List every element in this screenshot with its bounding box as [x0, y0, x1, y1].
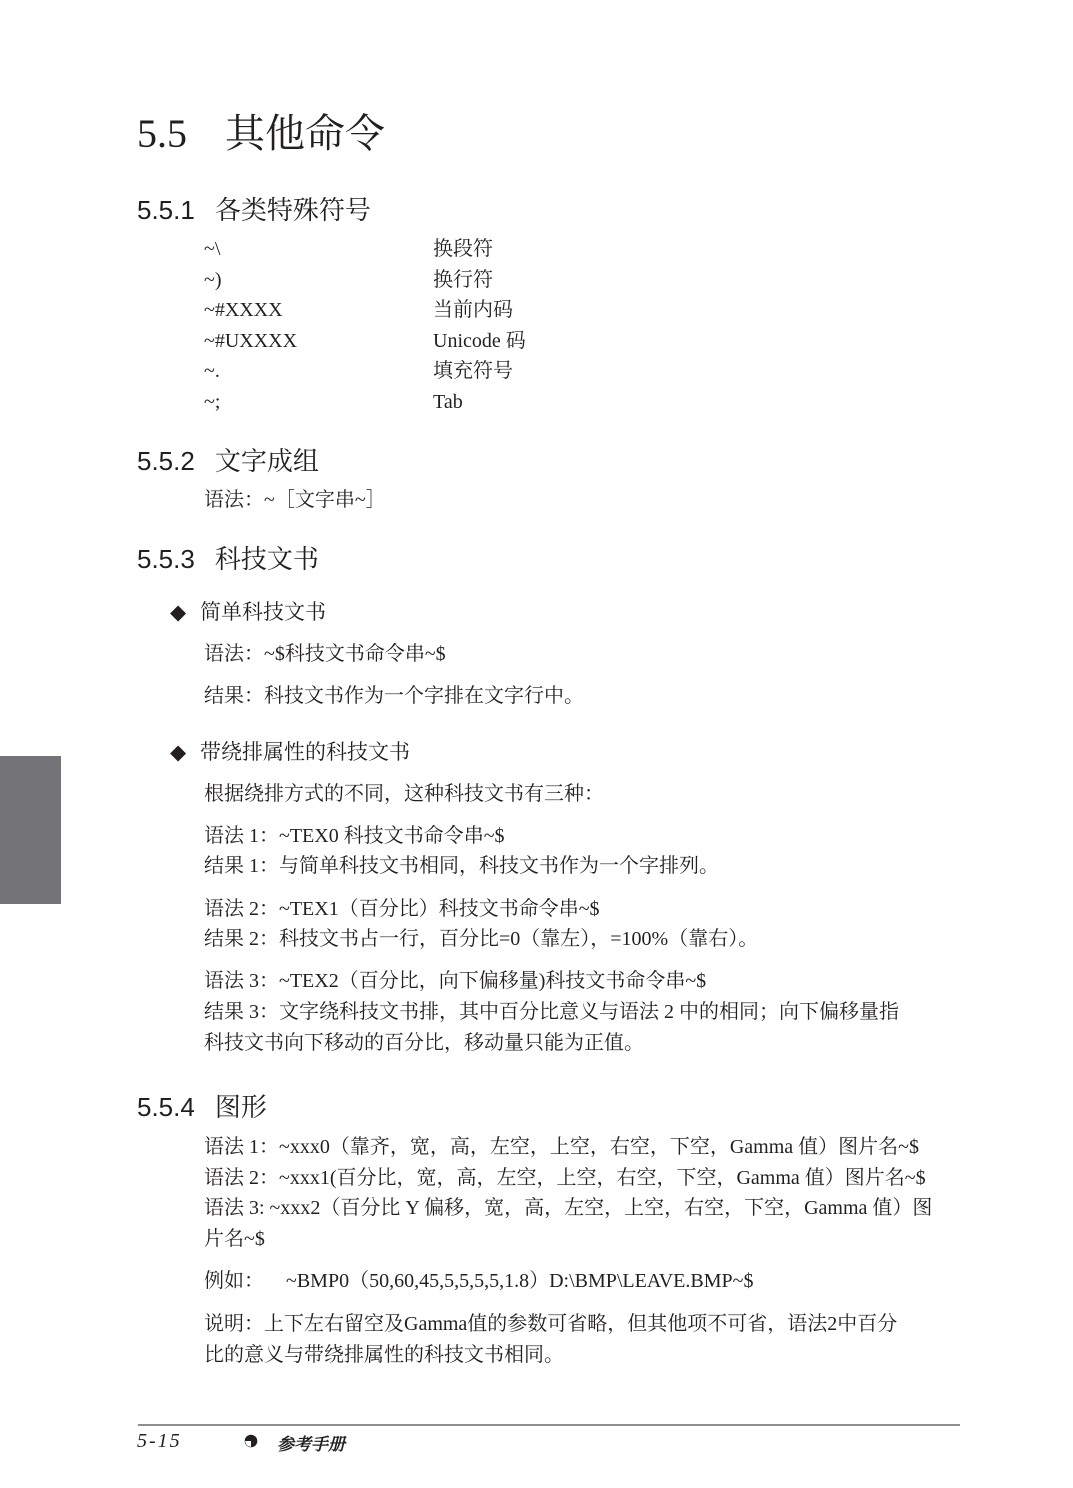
subsection-5-5-3-heading: 5.5.3科技文书 — [137, 543, 319, 576]
graphic-note-line2: 比的意义与带绕排属性的科技文书相同。 — [204, 1340, 564, 1370]
wrap-result-1: 结果 1：与简单科技文书相同，科技文书作为一个字排列。 — [204, 851, 719, 881]
heading-text: 简单科技文书 — [200, 600, 326, 624]
symbol-meaning: Unicode 码 — [433, 326, 526, 356]
symbol-code: ~; — [204, 387, 220, 417]
diamond-bullet-icon: ◆ — [170, 738, 190, 766]
subsection-title: 各类特殊符号 — [215, 196, 371, 226]
page-number: 5-15 — [137, 1430, 182, 1453]
grouping-syntax: 语法：~［文字串~］ — [204, 485, 386, 515]
wrap-intro: 根据绕排方式的不同，这种科技文书有三种： — [204, 779, 604, 809]
half-circle-icon — [244, 1434, 258, 1448]
subsection-5-5-2-heading: 5.5.2文字成组 — [137, 445, 319, 478]
symbol-row: ~) 换行符 — [204, 265, 804, 296]
symbol-meaning: 换段符 — [433, 234, 493, 264]
subsection-title: 文字成组 — [215, 447, 319, 477]
symbol-row: ~. 填充符号 — [204, 356, 804, 387]
wrap-tech-doc-heading: ◆带绕排属性的科技文书 — [170, 738, 410, 766]
wrap-result-3-line1: 结果 3：文字绕科技文书排，其中百分比意义与语法 2 中的相同；向下偏移量指 — [204, 997, 899, 1027]
section-number: 5.5 — [137, 111, 187, 156]
subsection-5-5-4-heading: 5.5.4图形 — [137, 1091, 267, 1124]
example-label: 例如： — [204, 1270, 264, 1292]
subsection-number: 5.5.3 — [137, 544, 195, 574]
symbol-meaning: 换行符 — [433, 265, 493, 295]
subsection-title: 科技文书 — [215, 545, 319, 575]
subsection-title: 图形 — [215, 1093, 267, 1123]
symbol-code: ~#UXXXX — [204, 326, 297, 356]
graphic-note-line1: 说明：上下左右留空及Gamma值的参数可省略，但其他项不可省，语法2中百分 — [204, 1309, 897, 1339]
subsection-number: 5.5.2 — [137, 446, 195, 476]
wrap-result-3-line2: 科技文书向下移动的百分比，移动量只能为正值。 — [204, 1028, 644, 1058]
symbol-code: ~\ — [204, 234, 220, 264]
wrap-syntax-1: 语法 1：~TEX0 科技文书命令串~$ — [204, 821, 505, 851]
graphic-syntax-1: 语法 1：~xxx0（靠齐，宽，高，左空，上空，右空，下空，Gamma 值）图片… — [204, 1132, 919, 1162]
wrap-result-2: 结果 2：科技文书占一行，百分比=0（靠左），=100%（靠右）。 — [204, 924, 758, 954]
simple-syntax: 语法：~$科技文书命令串~$ — [204, 639, 446, 669]
symbol-meaning: Tab — [433, 387, 463, 417]
symbol-code: ~. — [204, 356, 220, 386]
wrap-syntax-2: 语法 2：~TEX1（百分比）科技文书命令串~$ — [204, 894, 600, 924]
diamond-bullet-icon: ◆ — [170, 598, 190, 626]
symbol-code: ~#XXXX — [204, 295, 283, 325]
section-title-text: 其他命令 — [225, 111, 385, 157]
footer-rule — [138, 1424, 960, 1426]
example-code: ~BMP0（50,60,45,5,5,5,5,1.8）D:\BMP\LEAVE.… — [286, 1270, 753, 1292]
graphic-syntax-3-line2: 片名~$ — [204, 1224, 265, 1254]
symbol-row: ~#XXXX 当前内码 — [204, 295, 804, 326]
section-title: 5.5其他命令 — [137, 110, 385, 158]
subsection-number: 5.5.1 — [137, 195, 195, 225]
manual-title: 参考手册 — [277, 1430, 345, 1455]
heading-text: 带绕排属性的科技文书 — [200, 740, 410, 764]
graphic-example: 例如：~BMP0（50,60,45,5,5,5,5,1.8）D:\BMP\LEA… — [204, 1266, 753, 1296]
symbol-meaning: 填充符号 — [433, 356, 513, 386]
simple-result: 结果：科技文书作为一个字排在文字行中。 — [204, 681, 584, 711]
symbol-code: ~) — [204, 265, 221, 295]
symbol-row: ~\ 换段符 — [204, 234, 804, 265]
symbol-row: ~#UXXXX Unicode 码 — [204, 326, 804, 357]
graphic-syntax-2: 语法 2：~xxx1(百分比，宽，高，左空，上空，右空，下空，Gamma 值）图… — [204, 1163, 926, 1193]
subsection-5-5-1-heading: 5.5.1各类特殊符号 — [137, 194, 371, 227]
symbol-meaning: 当前内码 — [433, 295, 513, 325]
simple-tech-doc-heading: ◆简单科技文书 — [170, 598, 326, 626]
graphic-syntax-3-line1: 语法 3: ~xxx2（百分比 Y 偏移，宽，高，左空，上空，右空，下空，Gam… — [204, 1193, 932, 1223]
chapter-side-tab — [0, 756, 61, 904]
special-symbols-table: ~\ 换段符 ~) 换行符 ~#XXXX 当前内码 ~#UXXXX Unicod… — [204, 234, 804, 418]
wrap-syntax-3: 语法 3：~TEX2（百分比，向下偏移量)科技文书命令串~$ — [204, 966, 706, 996]
subsection-number: 5.5.4 — [137, 1092, 195, 1122]
symbol-row: ~; Tab — [204, 387, 804, 418]
